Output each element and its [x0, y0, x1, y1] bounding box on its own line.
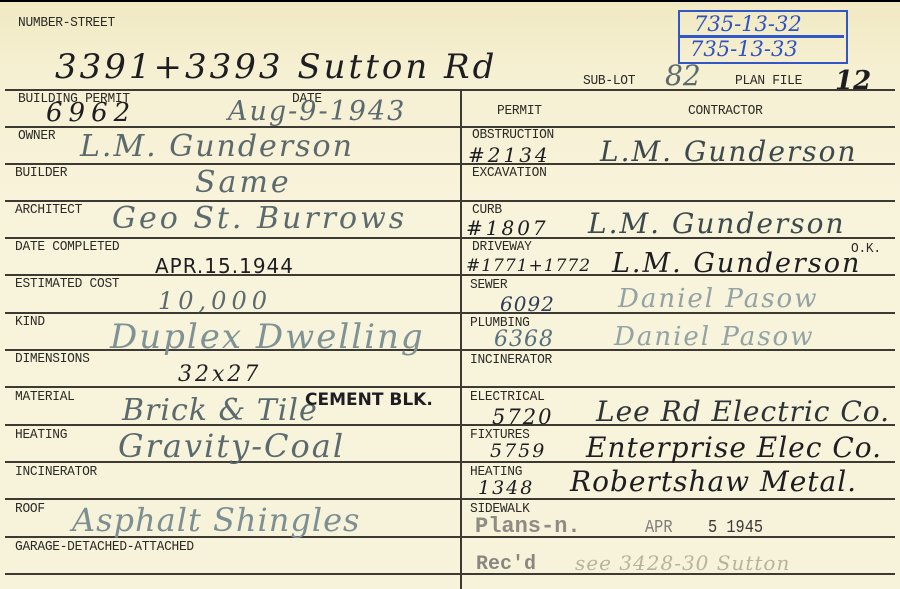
- obstruction-label: OBSTRUCTION: [472, 128, 554, 142]
- roof-label: ROOF: [15, 502, 45, 516]
- heating-contractor: Robertshaw Metal.: [570, 468, 857, 496]
- material-value: Brick & Tile: [122, 396, 318, 426]
- driveway-contractor: L.M. Gunderson: [612, 250, 861, 277]
- driveway-permit: #1771+1772: [466, 258, 591, 275]
- pencil-note: see 3428-30 Sutton: [575, 553, 790, 573]
- stamp-day-year: 5 1945: [708, 519, 763, 537]
- plumbing-permit: 6368: [494, 329, 554, 351]
- heating-permit: 1348: [478, 479, 534, 498]
- rule: [5, 89, 895, 91]
- fixtures-contractor: Enterprise Elec Co.: [586, 434, 882, 462]
- electrical-permit: 5720: [492, 407, 553, 428]
- date-completed-label: DATE COMPLETED: [15, 240, 119, 254]
- plan-file-label: PLAN FILE: [735, 74, 802, 88]
- obstruction-permit: #2134: [468, 145, 551, 165]
- electrical-contractor: Lee Rd Electric Co.: [596, 398, 890, 426]
- plumbing-contractor: Daniel Pasow: [614, 324, 814, 350]
- obstruction-contractor: L.M. Gunderson: [600, 138, 858, 166]
- driveway-label: DRIVEWAY: [472, 240, 532, 254]
- building-permit-value: 6962: [46, 100, 136, 126]
- number-street-value: 3391+3393 Sutton Rd: [55, 50, 497, 84]
- recd-stamp: Rec'd: [476, 555, 536, 575]
- date-value: Aug-9-1943: [228, 98, 406, 125]
- permit-card: NUMBER-STREET 3391+3393 Sutton Rd SUB-LO…: [0, 2, 900, 589]
- curb-permit: #1807: [466, 218, 549, 238]
- sewer-contractor: Daniel Pasow: [618, 286, 818, 312]
- roof-value: Asphalt Shingles: [72, 504, 360, 536]
- owner-value: L.M. Gunderson: [80, 132, 354, 162]
- contractor-header: CONTRACTOR: [688, 104, 763, 118]
- estimated-cost-label: ESTIMATED COST: [15, 277, 119, 291]
- excavation-label: EXCAVATION: [472, 166, 547, 180]
- architect-value: Geo St. Burrows: [112, 204, 407, 234]
- heating-value: Gravity-Coal: [118, 430, 345, 462]
- material-label: MATERIAL: [15, 390, 75, 404]
- builder-label: BUILDER: [15, 166, 67, 180]
- parcel-number-2: 735-13-33: [690, 39, 798, 60]
- column-divider: [460, 89, 462, 589]
- sewer-label: SEWER: [470, 278, 507, 292]
- estimated-cost-value: 10,000: [158, 289, 272, 313]
- date-completed-value: APR.15.1944: [155, 256, 294, 276]
- dimensions-value: 32x27: [178, 364, 261, 386]
- dimensions-label: DIMENSIONS: [15, 352, 90, 366]
- curb-label: CURB: [472, 203, 502, 217]
- curb-contractor: L.M. Gunderson: [588, 210, 846, 238]
- number-street-label: NUMBER-STREET: [18, 16, 115, 30]
- incinerator-label: INCINERATOR: [15, 465, 97, 479]
- garage-label: GARAGE-DETACHED-ATTACHED: [15, 540, 194, 554]
- permit-header: PERMIT: [497, 104, 542, 118]
- kind-label: KIND: [15, 315, 45, 329]
- sub-lot-label: SUB-LOT: [583, 74, 635, 88]
- parcel-number-box: 735-13-32 735-13-33: [678, 10, 848, 64]
- builder-value: Same: [195, 168, 292, 198]
- right-incinerator-label: INCINERATOR: [470, 353, 552, 367]
- stamp-month: APR: [645, 519, 673, 537]
- fixtures-permit: 5759: [490, 442, 546, 461]
- heating-label: HEATING: [15, 428, 67, 442]
- electrical-label: ELECTRICAL: [470, 390, 545, 404]
- rule: [5, 498, 895, 500]
- parcel-number-1: 735-13-32: [694, 14, 802, 35]
- sub-lot-value: 82: [665, 62, 701, 90]
- plans-stamp: Plans-n.: [475, 516, 581, 538]
- kind-value: Duplex Dwelling: [110, 320, 425, 354]
- material-correction: CEMENT BLK.: [305, 392, 433, 409]
- architect-label: ARCHITECT: [15, 203, 82, 217]
- plan-file-value: 12: [835, 68, 871, 94]
- rule: [5, 126, 895, 128]
- owner-label: OWNER: [18, 129, 55, 143]
- rule: [5, 386, 895, 388]
- sewer-permit: 6092: [500, 294, 555, 314]
